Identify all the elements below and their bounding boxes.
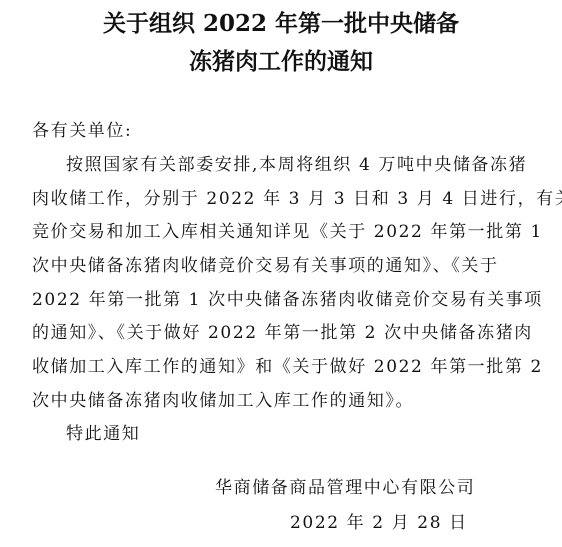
body-line: 次中央储备冻猪肉收储竞价交易有关事项的通知》、《关于	[32, 254, 532, 278]
body-line: 竞价交易和加工入库相关通知详见《关于 2022 年第一批第 1	[32, 220, 532, 244]
body-line: 收储加工入库工作的通知》和《关于做好 2022 年第一批第 2	[32, 355, 532, 379]
signature-date: 2022 年 2 月 28 日	[290, 511, 562, 535]
body-line: 肉收储工作，分别于 2022 年 3 月 3 日和 3 月 4 日进行，有关	[32, 187, 532, 211]
salutation: 各有关单位:	[32, 119, 532, 143]
document-title-line-1: 关于组织 2022 年第一批中央储备	[0, 9, 562, 39]
body-line: 按照国家有关部委安排,本周将组织 4 万吨中央储备冻猪	[66, 153, 562, 177]
document-title-line-2: 冻猪肉工作的通知	[0, 47, 562, 77]
closing-remark: 特此通知	[66, 422, 562, 446]
body-line: 次中央储备冻猪肉收储加工入库工作的通知》。	[32, 389, 532, 413]
signature-organization: 华商储备商品管理中心有限公司	[215, 476, 562, 500]
body-line: 的通知》、《关于做好 2022 年第一批第 2 次中央储备冻猪肉	[32, 321, 532, 345]
body-line: 2022 年第一批第 1 次中央储备冻猪肉收储竞价交易有关事项	[32, 288, 532, 312]
